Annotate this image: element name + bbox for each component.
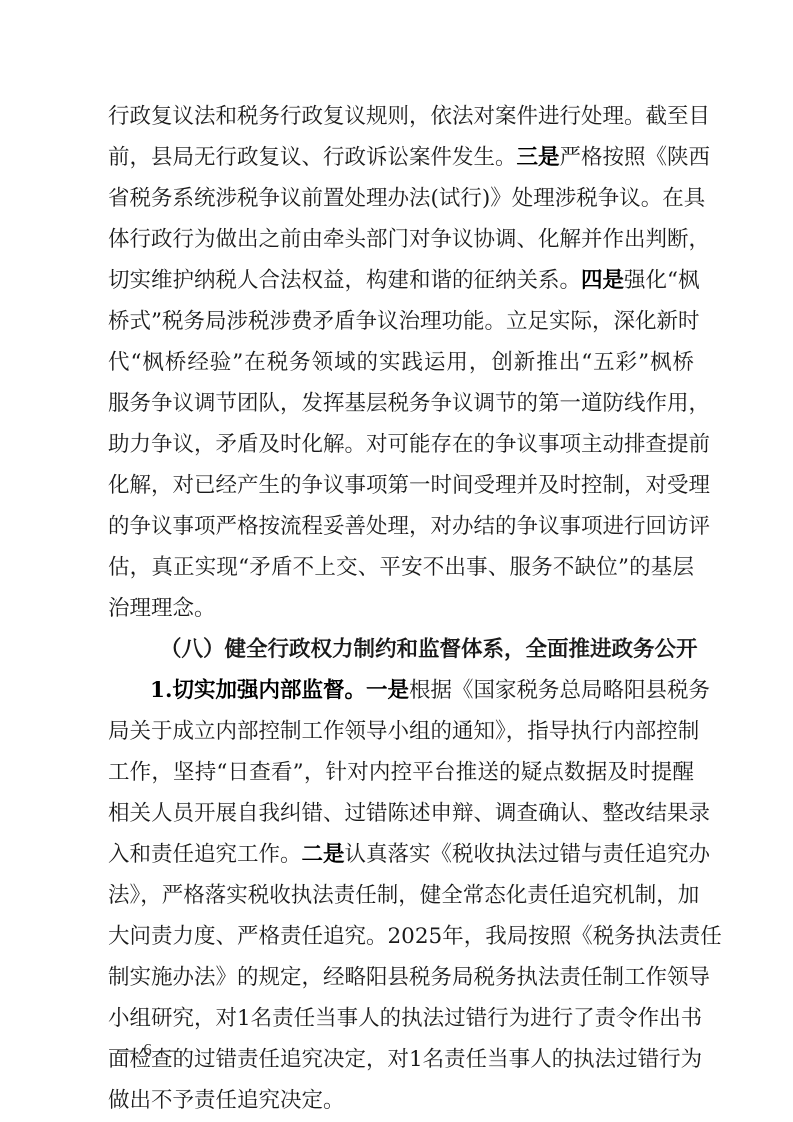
text-line: 助力争议，矛盾及时化解。对可能存在的争议事项主动排查提前 bbox=[108, 424, 694, 465]
text-line: 工作，坚持“日查看”，针对内控平台推送的疑点数据及时提醒 bbox=[108, 752, 694, 793]
text-run: 切实维护纳税人合法权益，构建和谐的征纳关系。 bbox=[108, 268, 581, 293]
text-run: 服务争议调节团队，发挥基层税务争议调节的第一道防线作用， bbox=[108, 391, 710, 416]
text-run: 面检查的过错责任追究决定，对1名责任当事人的执法过错行为 bbox=[108, 1047, 702, 1072]
text-run: 强化“枫 bbox=[624, 268, 700, 293]
text-run: 前，县局无行政复议、行政诉讼案件发生。 bbox=[108, 145, 517, 170]
text-line: 面检查的过错责任追究决定，对1名责任当事人的执法过错行为 bbox=[108, 1039, 694, 1080]
text-run: 行政复议法和税务行政复议规则，依法对案件进行处理。截至目 bbox=[108, 104, 710, 129]
text-line: 相关人员开展自我纠错、过错陈述申辩、调查确认、整改结果录 bbox=[108, 793, 694, 834]
text-line: 切实维护纳税人合法权益，构建和谐的征纳关系。四是强化“枫 bbox=[108, 260, 694, 301]
text-line: 服务争议调节团队，发挥基层税务争议调节的第一道防线作用， bbox=[108, 383, 694, 424]
page-number: — 6 — bbox=[118, 1040, 179, 1060]
text-line: 法》，严格落实税收执法责任制，健全常态化责任追究机制，加 bbox=[108, 875, 694, 916]
text-run: 相关人员开展自我纠错、过错陈述申辩、调查确认、整改结果录 bbox=[108, 801, 710, 826]
document-page: 行政复议法和税务行政复议规则，依法对案件进行处理。截至目 前，县局无行政复议、行… bbox=[0, 0, 793, 1122]
text-line: 的争议事项严格按流程妥善处理，对办结的争议事项进行回访评 bbox=[108, 506, 694, 547]
text-run: 大问责力度、严格责任追究。2025年，我局按照《税务执法责任 bbox=[108, 924, 722, 949]
text-run: 入和责任追究工作。 bbox=[108, 842, 302, 867]
text-run: 化解，对已经产生的争议事项第一时间受理并及时控制，对受理 bbox=[108, 473, 710, 498]
text-run: 根据《国家税务总局略阳县税务 bbox=[409, 678, 710, 703]
text-run: 做出不予责任追究决定。 bbox=[108, 1088, 345, 1113]
text-run: 制实施办法》的规定，经略阳县税务局税务执法责任制工作领导 bbox=[108, 965, 710, 990]
text-line: 小组研究，对1名责任当事人的执法过错行为进行了责令作出书 bbox=[108, 998, 694, 1039]
bold-keyword: 四是 bbox=[581, 268, 624, 293]
text-line: 估，真正实现“矛盾不上交、平安不出事、服务不缺位”的基层 bbox=[108, 547, 694, 588]
text-line: 做出不予责任追究决定。 bbox=[108, 1080, 694, 1121]
text-line: 省税务系统涉税争议前置处理办法(试行)》处理涉税争议。在具 bbox=[108, 178, 694, 219]
text-run: 治理理念。 bbox=[108, 596, 216, 621]
text-run: 代“枫桥经验”在税务领域的实践运用，创新推出“五彩”枫桥 bbox=[108, 350, 694, 375]
text-run: 桥式”税务局涉税涉费矛盾争议治理功能。立足实际，深化新时 bbox=[108, 309, 700, 334]
text-line: 治理理念。 bbox=[108, 588, 694, 629]
heading-text: （八）健全行政权力制约和监督体系，全面推进政务公开 bbox=[160, 637, 698, 662]
text-run: 法》，严格落实税收执法责任制，健全常态化责任追究机制，加 bbox=[108, 883, 699, 908]
bold-keyword: 二是 bbox=[302, 842, 345, 867]
text-run: 助力争议，矛盾及时化解。对可能存在的争议事项主动排查提前 bbox=[108, 432, 710, 457]
text-run: 工作，坚持“日查看”，针对内控平台推送的疑点数据及时提醒 bbox=[108, 760, 694, 785]
text-run: 估，真正实现“矛盾不上交、平安不出事、服务不缺位”的基层 bbox=[108, 555, 694, 580]
subsection-first-line: 1.切实加强内部监督。一是根据《国家税务总局略阳县税务 bbox=[108, 670, 694, 711]
text-run: 省税务系统涉税争议前置处理办法(试行)》处理涉税争议。在具 bbox=[108, 186, 705, 211]
text-run: 局关于成立内部控制工作领导小组的通知》，指导执行内部控制 bbox=[108, 719, 699, 744]
text-line: 体行政行为做出之前由牵头部门对争议协调、化解并作出判断， bbox=[108, 219, 694, 260]
text-line: 入和责任追究工作。二是认真落实《税收执法过错与责任追究办 bbox=[108, 834, 694, 875]
text-line: 局关于成立内部控制工作领导小组的通知》，指导执行内部控制 bbox=[108, 711, 694, 752]
text-run: 的争议事项严格按流程妥善处理，对办结的争议事项进行回访评 bbox=[108, 514, 710, 539]
document-body: 行政复议法和税务行政复议规则，依法对案件进行处理。截至目 前，县局无行政复议、行… bbox=[108, 96, 694, 1121]
text-line: 化解，对已经产生的争议事项第一时间受理并及时控制，对受理 bbox=[108, 465, 694, 506]
text-run: 小组研究，对1名责任当事人的执法过错行为进行了责令作出书 bbox=[108, 1006, 702, 1031]
text-line: 制实施办法》的规定，经略阳县税务局税务执法责任制工作领导 bbox=[108, 957, 694, 998]
text-line: 前，县局无行政复议、行政诉讼案件发生。三是严格按照《陕西 bbox=[108, 137, 694, 178]
text-line: 行政复议法和税务行政复议规则，依法对案件进行处理。截至目 bbox=[108, 96, 694, 137]
text-run: 严格按照《陕西 bbox=[560, 145, 711, 170]
bold-keyword: 三是 bbox=[517, 145, 560, 170]
text-run: 体行政行为做出之前由牵头部门对争议协调、化解并作出判断， bbox=[108, 227, 710, 252]
text-line: 大问责力度、严格责任追究。2025年，我局按照《税务执法责任 bbox=[108, 916, 694, 957]
text-line: 代“枫桥经验”在税务领域的实践运用，创新推出“五彩”枫桥 bbox=[108, 342, 694, 383]
section-heading: （八）健全行政权力制约和监督体系，全面推进政务公开 bbox=[108, 629, 694, 670]
text-run: 认真落实《税收执法过错与责任追究办 bbox=[345, 842, 711, 867]
text-line: 桥式”税务局涉税涉费矛盾争议治理功能。立足实际，深化新时 bbox=[108, 301, 694, 342]
subsection-title: 1.切实加强内部监督。一是 bbox=[150, 678, 409, 703]
